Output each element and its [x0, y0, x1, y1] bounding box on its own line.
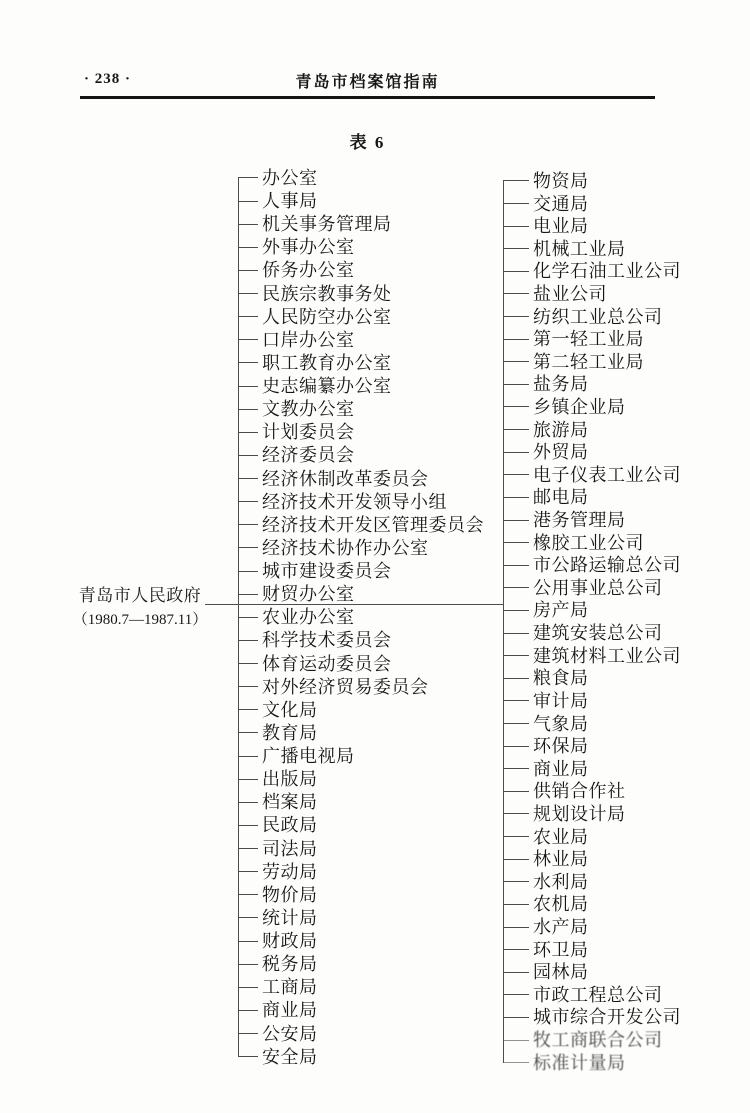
org-item-row: 电业局 — [503, 215, 681, 238]
branch-tick — [503, 904, 529, 905]
org-item-label: 机械工业局 — [533, 240, 626, 258]
org-column-left: 办公室人事局机关事务管理局外事办公室侨务办公室民族宗教事务处人民防空办公室口岸办… — [238, 166, 484, 1068]
org-item-row: 城市建设委员会 — [238, 560, 484, 583]
org-item-label: 经济委员会 — [262, 446, 355, 464]
org-item-label: 旅游局 — [533, 421, 589, 439]
org-item-row: 审计局 — [503, 690, 681, 713]
branch-tick — [238, 964, 258, 965]
org-item-label: 经济技术开发领导小组 — [262, 493, 447, 511]
org-item-label: 市政工程总公司 — [533, 986, 663, 1004]
org-item-row: 化学石油工业公司 — [503, 260, 681, 283]
branch-tick — [238, 362, 258, 363]
org-item-row: 乡镇企业局 — [503, 396, 681, 419]
org-item-row: 公用事业总公司 — [503, 577, 681, 600]
org-item-row: 经济技术协作办公室 — [238, 536, 484, 559]
branch-tick — [503, 723, 529, 724]
org-item-row: 气象局 — [503, 712, 681, 735]
org-item-label: 电子仪表工业公司 — [533, 466, 681, 484]
branch-tick — [503, 1040, 529, 1041]
branch-tick — [238, 594, 258, 595]
branch-tick — [503, 497, 529, 498]
org-item-label: 经济技术协作办公室 — [262, 539, 429, 557]
org-item-row: 港务管理局 — [503, 509, 681, 532]
org-item-row: 市公路运输总公司 — [503, 554, 681, 577]
org-item-label: 纺织工业总公司 — [533, 308, 663, 326]
org-item-row: 人事局 — [238, 190, 484, 213]
branch-tick — [238, 547, 258, 548]
branch-tick — [238, 224, 258, 225]
branch-tick — [238, 177, 258, 178]
org-item-row: 民族宗教事务处 — [238, 282, 484, 305]
org-item-label: 规划设计局 — [533, 805, 626, 823]
org-item-label: 出版局 — [262, 770, 318, 788]
org-item-label: 劳动局 — [262, 863, 318, 881]
org-item-row: 人民防空办公室 — [238, 305, 484, 328]
org-item-row: 商业局 — [503, 757, 681, 780]
branch-tick — [503, 791, 529, 792]
org-item-row: 职工教育办公室 — [238, 351, 484, 374]
branch-tick — [503, 542, 529, 543]
org-item-label: 环保局 — [533, 737, 589, 755]
branch-tick — [238, 871, 258, 872]
branch-tick — [238, 571, 258, 572]
org-item-row: 教育局 — [238, 721, 484, 744]
branch-tick — [238, 825, 258, 826]
org-item-row: 经济休制改革委员会 — [238, 467, 484, 490]
org-item-row: 旅游局 — [503, 418, 681, 441]
org-item-row: 物价局 — [238, 883, 484, 906]
branch-tick — [503, 429, 529, 430]
org-item-row: 粮食局 — [503, 667, 681, 690]
branch-tick — [238, 478, 258, 479]
org-item-label: 机关事务管理局 — [262, 215, 392, 233]
branch-tick — [503, 859, 529, 860]
org-item-row: 农机局 — [503, 893, 681, 916]
branch-tick — [238, 894, 258, 895]
branch-tick — [238, 409, 258, 410]
org-item-row: 经济技术开发区管理委员会 — [238, 513, 484, 536]
org-item-row: 林业局 — [503, 848, 681, 871]
org-item-label: 职工教育办公室 — [262, 354, 392, 372]
org-item-label: 粮食局 — [533, 669, 589, 687]
org-item-row: 水利局 — [503, 870, 681, 893]
org-item-row: 城市综合开发公司 — [503, 1006, 681, 1029]
org-item-label: 供销合作社 — [533, 782, 626, 800]
branch-tick — [503, 339, 529, 340]
branch-tick — [238, 617, 258, 618]
org-item-row: 牧工商联合公司 — [503, 1029, 681, 1052]
org-item-label: 外事办公室 — [262, 238, 355, 256]
org-item-row: 财贸办公室 — [238, 583, 484, 606]
org-item-label: 城市建设委员会 — [262, 562, 392, 580]
branch-tick — [238, 987, 258, 988]
org-item-row: 民政局 — [238, 814, 484, 837]
branch-tick — [503, 633, 529, 634]
branch-tick — [238, 1056, 258, 1057]
org-item-label: 物价局 — [262, 886, 318, 904]
org-item-label: 侨务办公室 — [262, 261, 355, 279]
org-item-label: 第一轻工业局 — [533, 330, 644, 348]
org-item-row: 水产局 — [503, 916, 681, 939]
org-item-label: 气象局 — [533, 715, 589, 733]
branch-tick — [503, 949, 529, 950]
org-item-label: 第二轻工业局 — [533, 353, 644, 371]
org-item-label: 体育运动委员会 — [262, 655, 392, 673]
org-item-row: 文化局 — [238, 698, 484, 721]
org-item-label: 水产局 — [533, 918, 589, 936]
branch-tick — [238, 339, 258, 340]
org-item-row: 安全局 — [238, 1045, 484, 1068]
branch-tick — [238, 779, 258, 780]
org-item-row: 农业办公室 — [238, 606, 484, 629]
org-item-label: 交通局 — [533, 195, 589, 213]
branch-tick — [503, 813, 529, 814]
org-item-row: 机械工业局 — [503, 237, 681, 260]
org-item-label: 林业局 — [533, 850, 589, 868]
org-item-row: 工商局 — [238, 976, 484, 999]
branch-tick — [503, 180, 529, 181]
org-item-row: 电子仪表工业公司 — [503, 464, 681, 487]
branch-tick — [503, 316, 529, 317]
org-item-label: 城市综合开发公司 — [533, 1008, 681, 1026]
org-item-row: 物资局 — [503, 170, 681, 193]
org-item-label: 文化局 — [262, 701, 318, 719]
org-item-label: 园林局 — [533, 963, 589, 981]
org-item-label: 建筑安装总公司 — [533, 624, 663, 642]
org-item-row: 标准计量局 — [503, 1051, 681, 1074]
branch-tick — [238, 732, 258, 733]
branch-tick — [503, 655, 529, 656]
org-item-row: 市政工程总公司 — [503, 984, 681, 1007]
org-item-row: 环卫局 — [503, 938, 681, 961]
org-item-row: 劳动局 — [238, 860, 484, 883]
org-item-row: 史志编纂办公室 — [238, 375, 484, 398]
org-item-label: 物资局 — [533, 172, 589, 190]
org-item-label: 对外经济贸易委员会 — [262, 678, 429, 696]
org-item-row: 外贸局 — [503, 441, 681, 464]
branch-tick — [238, 247, 258, 248]
branch-tick — [503, 881, 529, 882]
branch-tick — [503, 836, 529, 837]
branch-tick — [503, 700, 529, 701]
org-item-row: 供销合作社 — [503, 780, 681, 803]
org-item-label: 人事局 — [262, 192, 318, 210]
org-item-label: 文教办公室 — [262, 400, 355, 418]
branch-tick — [503, 520, 529, 521]
org-item-label: 税务局 — [262, 955, 318, 973]
branch-tick — [503, 361, 529, 362]
branch-tick — [503, 406, 529, 407]
org-item-row: 对外经济贸易委员会 — [238, 675, 484, 698]
org-item-label: 民族宗教事务处 — [262, 285, 392, 303]
branch-tick — [238, 709, 258, 710]
org-item-row: 机关事务管理局 — [238, 213, 484, 236]
org-item-label: 市公路运输总公司 — [533, 556, 681, 574]
branch-tick — [503, 927, 529, 928]
branch-tick — [238, 432, 258, 433]
org-item-label: 商业局 — [262, 1001, 318, 1019]
org-item-label: 人民防空办公室 — [262, 308, 392, 326]
org-item-row: 第一轻工业局 — [503, 328, 681, 351]
org-root-label: 青岛市人民政府 （1980.7—1987.11） — [56, 583, 224, 633]
org-item-label: 水利局 — [533, 873, 589, 891]
org-item-row: 档案局 — [238, 791, 484, 814]
branch-tick — [238, 663, 258, 664]
org-item-label: 农业办公室 — [262, 608, 355, 626]
org-item-row: 交通局 — [503, 192, 681, 215]
org-item-label: 化学石油工业公司 — [533, 262, 681, 280]
branch-tick — [238, 848, 258, 849]
branch-tick — [238, 201, 258, 202]
branch-tick — [503, 587, 529, 588]
org-item-row: 出版局 — [238, 768, 484, 791]
org-item-row: 计划委员会 — [238, 421, 484, 444]
org-item-row: 统计局 — [238, 906, 484, 929]
org-item-row: 环保局 — [503, 735, 681, 758]
branch-tick — [238, 270, 258, 271]
branch-tick — [238, 686, 258, 687]
branch-tick — [238, 455, 258, 456]
org-item-row: 文教办公室 — [238, 398, 484, 421]
org-item-row: 外事办公室 — [238, 236, 484, 259]
branch-tick — [238, 1033, 258, 1034]
org-item-row: 橡胶工业公司 — [503, 531, 681, 554]
org-item-label: 农机局 — [533, 895, 589, 913]
org-item-row: 经济委员会 — [238, 444, 484, 467]
org-item-label: 公安局 — [262, 1025, 318, 1043]
org-item-label: 审计局 — [533, 692, 589, 710]
org-item-label: 档案局 — [262, 793, 318, 811]
branch-tick — [503, 1017, 529, 1018]
branch-tick — [503, 972, 529, 973]
branch-tick — [238, 501, 258, 502]
branch-tick — [503, 293, 529, 294]
org-item-label: 财政局 — [262, 932, 318, 950]
org-item-label: 邮电局 — [533, 488, 589, 506]
branch-tick — [238, 386, 258, 387]
org-item-row: 园林局 — [503, 961, 681, 984]
branch-tick — [503, 678, 529, 679]
org-item-row: 体育运动委员会 — [238, 652, 484, 675]
branch-tick — [503, 271, 529, 272]
table-caption: 表 6 — [80, 128, 655, 153]
branch-tick — [503, 746, 529, 747]
org-item-label: 经济技术开发区管理委员会 — [262, 516, 484, 534]
branch-tick — [503, 1062, 529, 1063]
org-item-row: 经济技术开发领导小组 — [238, 490, 484, 513]
branch-tick — [238, 1010, 258, 1011]
org-item-label: 统计局 — [262, 909, 318, 927]
branch-tick — [238, 941, 258, 942]
org-item-row: 盐务局 — [503, 373, 681, 396]
org-item-row: 科学技术委员会 — [238, 629, 484, 652]
org-item-label: 外贸局 — [533, 443, 589, 461]
org-item-label: 牧工商联合公司 — [533, 1031, 663, 1049]
branch-tick — [503, 226, 529, 227]
branch-tick — [503, 994, 529, 995]
org-item-label: 盐务局 — [533, 375, 589, 393]
branch-tick — [238, 640, 258, 641]
org-item-row: 税务局 — [238, 953, 484, 976]
branch-tick — [503, 384, 529, 385]
branch-tick — [238, 524, 258, 525]
org-item-label: 财贸办公室 — [262, 585, 355, 603]
branch-tick — [238, 802, 258, 803]
branch-tick — [503, 203, 529, 204]
org-item-label: 环卫局 — [533, 941, 589, 959]
org-item-label: 工商局 — [262, 978, 318, 996]
org-item-label: 计划委员会 — [262, 423, 355, 441]
org-item-label: 办公室 — [262, 169, 318, 187]
org-root-period: （1980.7—1987.11） — [56, 608, 224, 633]
org-item-label: 商业局 — [533, 760, 589, 778]
org-item-label: 民政局 — [262, 816, 318, 834]
org-item-label: 司法局 — [262, 840, 318, 858]
branch-tick — [238, 756, 258, 757]
org-item-row: 广播电视局 — [238, 745, 484, 768]
org-item-label: 史志编纂办公室 — [262, 377, 392, 395]
org-item-row: 建筑材料工业公司 — [503, 644, 681, 667]
org-item-label: 教育局 — [262, 724, 318, 742]
branch-tick — [238, 293, 258, 294]
org-item-row: 办公室 — [238, 166, 484, 189]
org-item-label: 口岸办公室 — [262, 331, 355, 349]
org-item-row: 盐业公司 — [503, 283, 681, 306]
org-root-name: 青岛市人民政府 — [56, 583, 224, 608]
org-item-label: 标准计量局 — [533, 1054, 626, 1072]
branch-tick — [503, 248, 529, 249]
header-rule — [80, 96, 655, 99]
org-item-label: 建筑材料工业公司 — [533, 647, 681, 665]
org-item-row: 公安局 — [238, 1022, 484, 1045]
org-item-row: 口岸办公室 — [238, 328, 484, 351]
org-column-right: 物资局交通局电业局机械工业局化学石油工业公司盐业公司纺织工业总公司第一轻工业局第… — [503, 170, 681, 1074]
org-item-row: 商业局 — [238, 999, 484, 1022]
branch-tick — [503, 474, 529, 475]
org-item-label: 科学技术委员会 — [262, 631, 392, 649]
branch-tick — [503, 565, 529, 566]
org-item-row: 房产局 — [503, 599, 681, 622]
branch-tick — [238, 316, 258, 317]
org-item-label: 经济休制改革委员会 — [262, 470, 429, 488]
org-item-label: 安全局 — [262, 1048, 318, 1066]
scanned-book-page: · 238 · 青岛市档案馆指南 表 6 青岛市人民政府 （1980.7—198… — [0, 0, 750, 1113]
book-header-title: 青岛市档案馆指南 — [80, 69, 655, 92]
org-item-label: 港务管理局 — [533, 511, 626, 529]
org-item-label: 房产局 — [533, 601, 589, 619]
org-item-label: 广播电视局 — [262, 747, 355, 765]
branch-tick — [503, 452, 529, 453]
org-item-row: 规划设计局 — [503, 803, 681, 826]
org-item-label: 乡镇企业局 — [533, 398, 626, 416]
branch-tick — [503, 768, 529, 769]
org-item-row: 第二轻工业局 — [503, 350, 681, 373]
org-item-label: 电业局 — [533, 217, 589, 235]
org-item-label: 盐业公司 — [533, 285, 607, 303]
branch-tick — [503, 610, 529, 611]
org-item-row: 建筑安装总公司 — [503, 622, 681, 645]
org-item-row: 纺织工业总公司 — [503, 305, 681, 328]
org-item-label: 橡胶工业公司 — [533, 534, 644, 552]
org-item-row: 农业局 — [503, 825, 681, 848]
org-item-row: 财政局 — [238, 930, 484, 953]
branch-tick — [238, 917, 258, 918]
org-item-row: 司法局 — [238, 837, 484, 860]
org-item-row: 侨务办公室 — [238, 259, 484, 282]
org-item-row: 邮电局 — [503, 486, 681, 509]
org-item-label: 农业局 — [533, 828, 589, 846]
org-item-label: 公用事业总公司 — [533, 579, 663, 597]
